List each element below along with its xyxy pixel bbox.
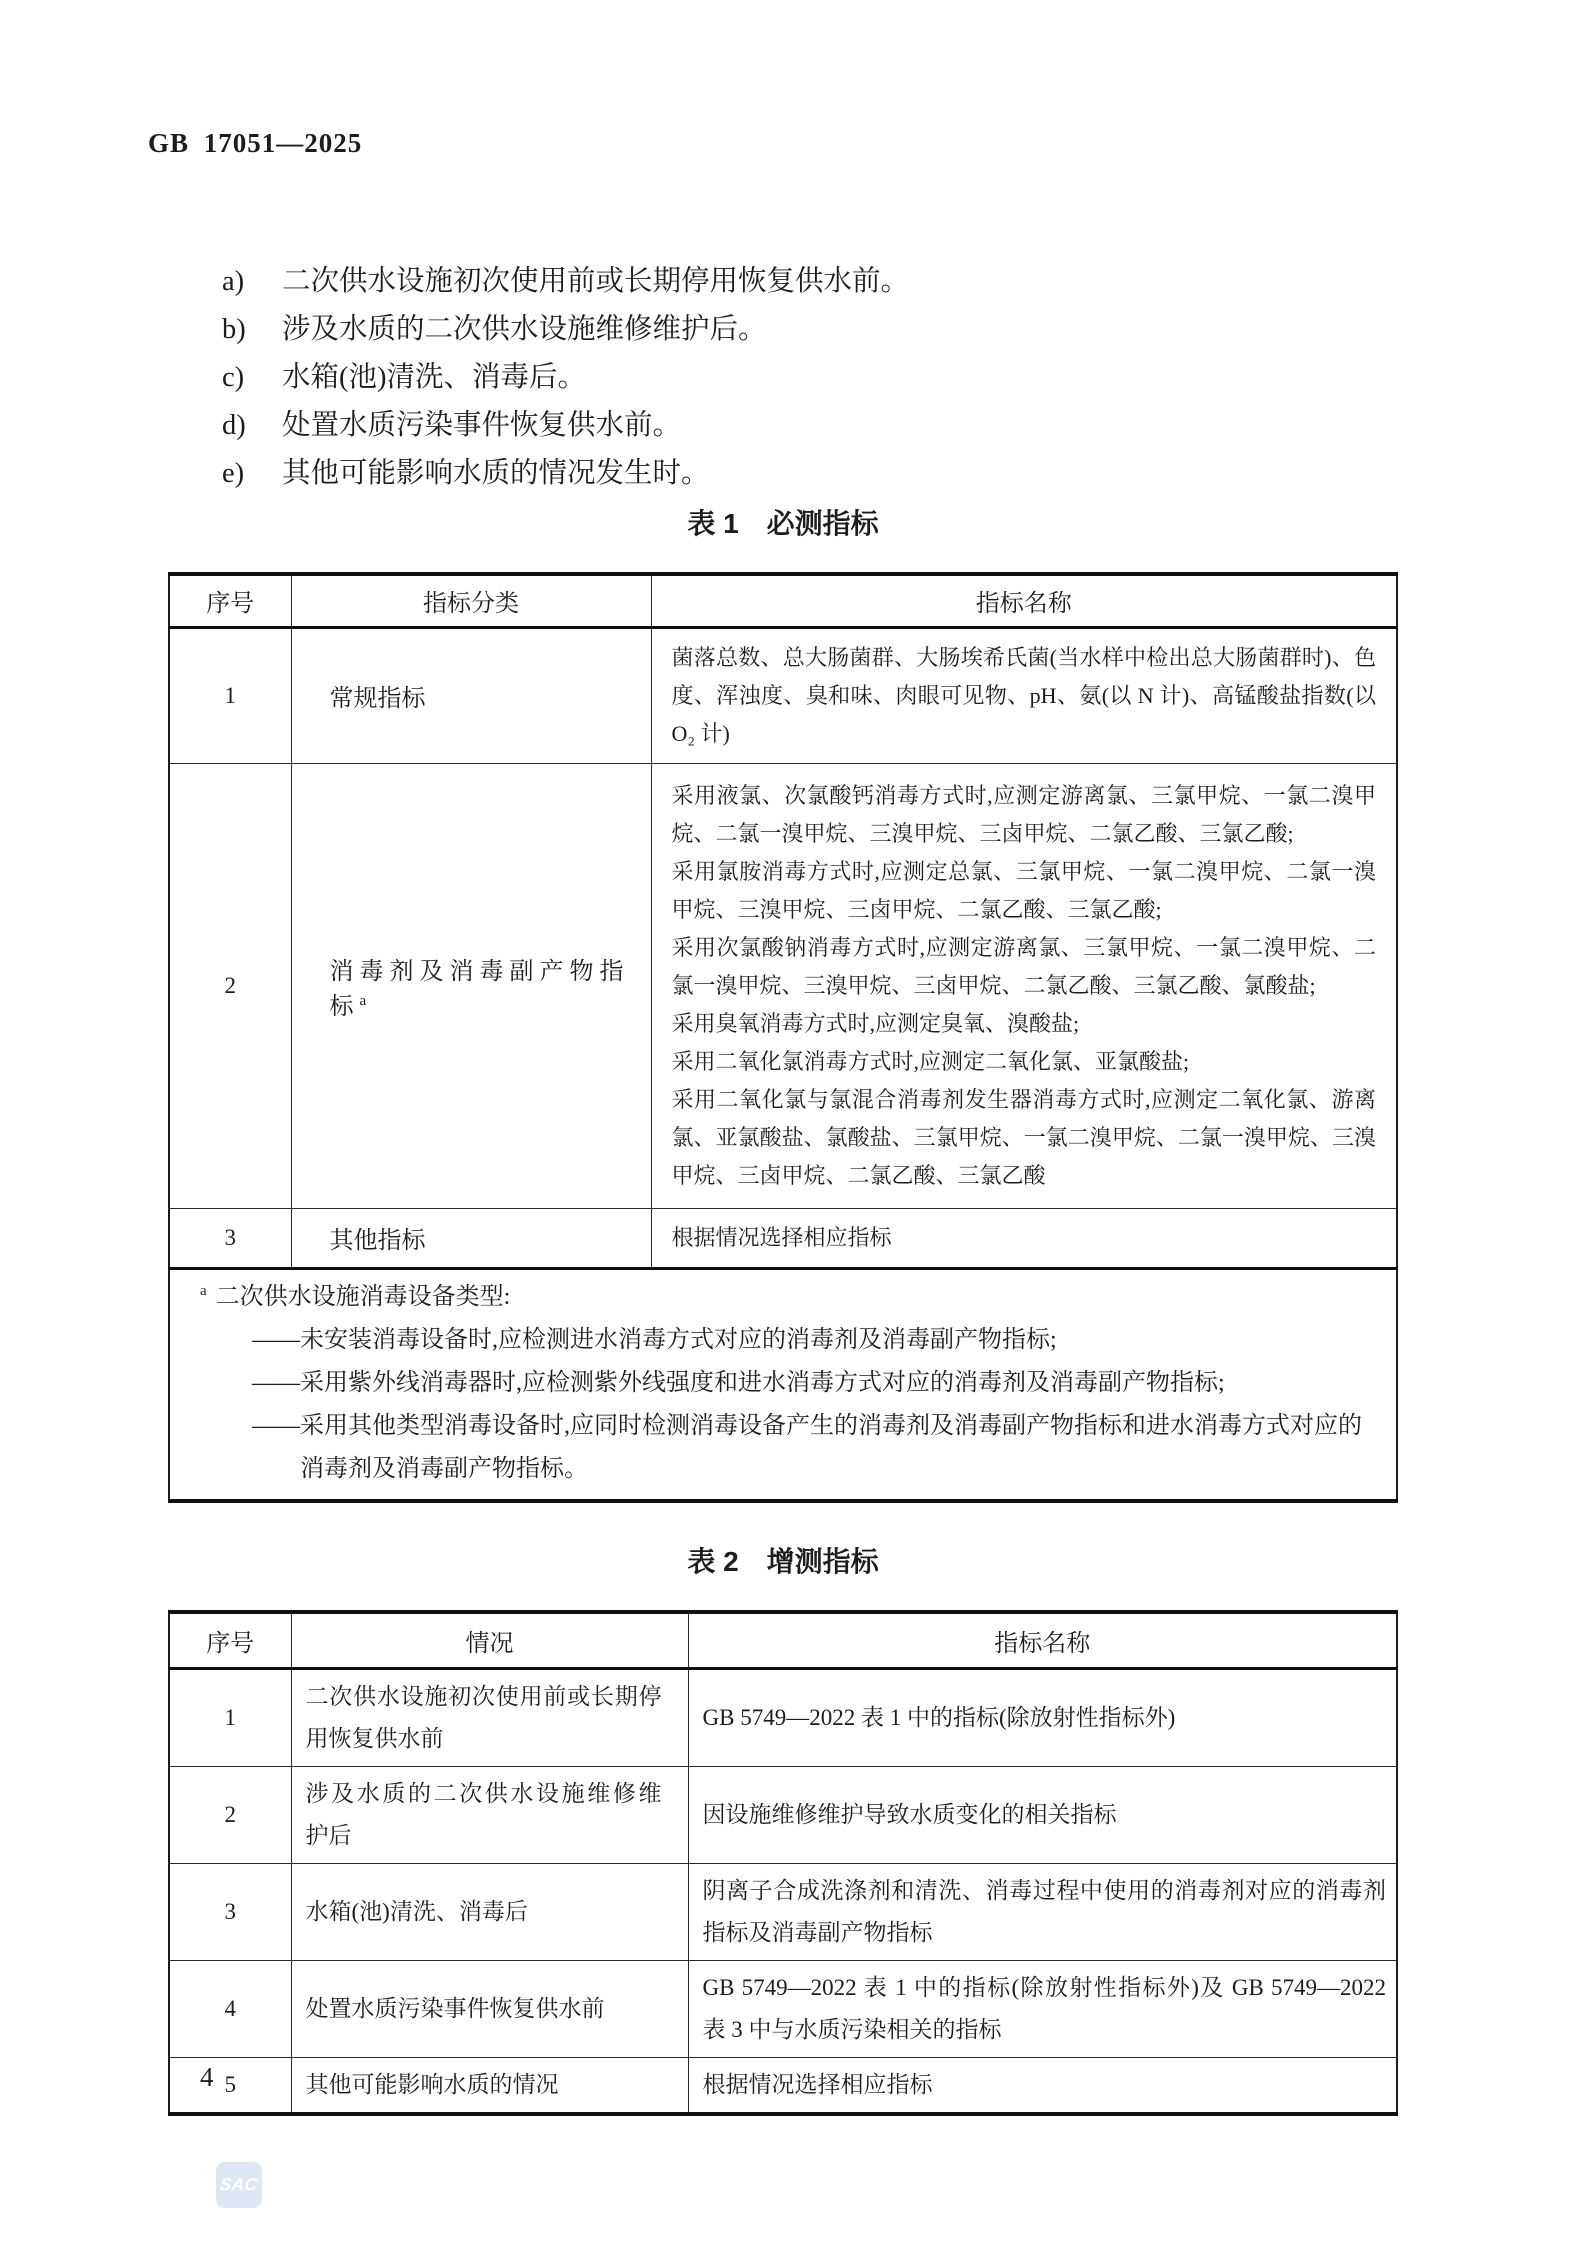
indicator-cell: 因设施维修维护导致水质变化的相关指标 — [688, 1766, 1397, 1863]
table2-title: 表 2 增测指标 — [168, 1540, 1398, 1580]
list-item: b)涉及水质的二次供水设施维修维护后。 — [222, 306, 909, 354]
table1-header-category: 指标分类 — [291, 574, 651, 627]
indicator-cell: GB 5749—2022 表 1 中的指标(除放射性指标外) — [688, 1668, 1397, 1766]
doc-code: GB 17051—2025 — [148, 128, 362, 159]
indicator-line: 指标及消毒副产物指标 — [703, 1912, 1387, 1954]
indicator-cell: 根据情况选择相应指标 — [688, 2057, 1397, 2114]
situation-cell: 水箱(池)清洗、消毒后 — [291, 1863, 688, 1960]
situation-line: 涉及水质的二次供水设施维修维 — [306, 1773, 662, 1815]
situation-line: 其他可能影响水质的情况 — [306, 2064, 662, 2106]
list-item-text: 处置水质污染事件恢复供水前。 — [282, 410, 681, 441]
table2-row: 3 水箱(池)清洗、消毒后 阴离子合成洗涤剂和清洗、消毒过程中使用的消毒剂对应的… — [169, 1863, 1397, 1960]
list-item: a)二次供水设施初次使用前或长期停用恢复供水前。 — [222, 258, 909, 306]
row-number: 1 — [169, 627, 291, 763]
table2-header-situation: 情况 — [291, 1612, 688, 1668]
list-item: e)其他可能影响水质的情况发生时。 — [222, 450, 909, 498]
table1-title: 表 1 必测指标 — [168, 502, 1398, 542]
page-number: 4 — [200, 2062, 214, 2093]
list-item-marker: b) — [222, 306, 282, 354]
table1-row: 1 常规指标 菌落总数、总大肠菌群、大肠埃希氏菌(当水样中检出总大肠菌群时)、色… — [169, 627, 1397, 763]
document-page: GB 17051—2025 a)二次供水设施初次使用前或长期停用恢复供水前。 b… — [0, 0, 1588, 2245]
table1-header-row: 序号 指标分类 指标名称 — [169, 574, 1397, 627]
list-item-marker: d) — [222, 402, 282, 450]
list-item-marker: c) — [222, 354, 282, 402]
category-text: 消毒剂及消毒副产物指标 — [330, 959, 630, 1020]
row-number: 2 — [169, 763, 291, 1208]
row-number: 1 — [169, 1668, 291, 1766]
table2-header-row: 序号 情况 指标名称 — [169, 1612, 1397, 1668]
table2-row: 1 二次供水设施初次使用前或长期停 用恢复供水前 GB 5749—2022 表 … — [169, 1668, 1397, 1766]
table1-row: 2 消毒剂及消毒副产物指标a 采用液氯、次氯酸钙消毒方式时,应测定游离氯、三氯甲… — [169, 763, 1397, 1208]
table1-footnote-row: a二次供水设施消毒设备类型: ——未安装消毒设备时,应检测进水消毒方式对应的消毒… — [169, 1268, 1397, 1501]
row-number: 5 — [169, 2057, 291, 2114]
indicator-cell: 根据情况选择相应指标 — [651, 1208, 1397, 1268]
situation-cell: 其他可能影响水质的情况 — [291, 2057, 688, 2114]
category-cell: 其他指标 — [291, 1208, 651, 1268]
indicator-line: 阴离子合成洗涤剂和清洗、消毒过程中使用的消毒剂对应的消毒剂 — [703, 1870, 1387, 1912]
footnote-item: ——采用紫外线消毒器时,应检测紫外线强度和进水消毒方式对应的消毒剂及消毒副产物指… — [252, 1362, 1362, 1405]
footnote-item: ——采用其他类型消毒设备时,应同时检测消毒设备产生的消毒剂及消毒副产物指标和进水… — [252, 1405, 1362, 1491]
row-number: 4 — [169, 1960, 291, 2057]
table1: 序号 指标分类 指标名称 1 常规指标 菌落总数、总大肠菌群、大肠埃希氏菌(当水… — [168, 572, 1398, 1503]
footnote-title: a二次供水设施消毒设备类型: — [200, 1276, 1362, 1319]
sac-logo: SAC — [216, 2162, 262, 2208]
indicator-line: GB 5749—2022 表 1 中的指标(除放射性指标外)及 GB 5749—… — [703, 1967, 1387, 2009]
list-item-text: 水箱(池)清洗、消毒后。 — [282, 362, 586, 393]
situation-cell: 涉及水质的二次供水设施维修维 护后 — [291, 1766, 688, 1863]
indicator-line: 根据情况选择相应指标 — [703, 2064, 1387, 2106]
table1-header-indicator: 指标名称 — [651, 574, 1397, 627]
sac-logo-text: SAC — [219, 2175, 259, 2195]
situation-cell: 二次供水设施初次使用前或长期停 用恢复供水前 — [291, 1668, 688, 1766]
row-number: 3 — [169, 1863, 291, 1960]
category-cell: 消毒剂及消毒副产物指标a — [291, 763, 651, 1208]
list-item-marker: e) — [222, 450, 282, 498]
list-item: d)处置水质污染事件恢复供水前。 — [222, 402, 909, 450]
list-item: c)水箱(池)清洗、消毒后。 — [222, 354, 909, 402]
table1-row: 3 其他指标 根据情况选择相应指标 — [169, 1208, 1397, 1268]
row-number: 2 — [169, 1766, 291, 1863]
indicator-line: 因设施维修维护导致水质变化的相关指标 — [703, 1794, 1387, 1836]
situation-cell: 处置水质污染事件恢复供水前 — [291, 1960, 688, 2057]
indicator-cell: GB 5749—2022 表 1 中的指标(除放射性指标外)及 GB 5749—… — [688, 1960, 1397, 2057]
table2: 序号 情况 指标名称 1 二次供水设施初次使用前或长期停 用恢复供水前 GB 5… — [168, 1610, 1398, 2116]
table1-footnote: a二次供水设施消毒设备类型: ——未安装消毒设备时,应检测进水消毒方式对应的消毒… — [169, 1268, 1397, 1501]
table2-row: 5 其他可能影响水质的情况 根据情况选择相应指标 — [169, 2057, 1397, 2114]
footnote-reference: a — [360, 993, 367, 1009]
indicator-cell: 菌落总数、总大肠菌群、大肠埃希氏菌(当水样中检出总大肠菌群时)、色度、浑浊度、臭… — [651, 627, 1397, 763]
table2-row: 2 涉及水质的二次供水设施维修维 护后 因设施维修维护导致水质变化的相关指标 — [169, 1766, 1397, 1863]
list-item-marker: a) — [222, 258, 282, 306]
indicator-cell: 阴离子合成洗涤剂和清洗、消毒过程中使用的消毒剂对应的消毒剂 指标及消毒副产物指标 — [688, 1863, 1397, 1960]
table1-header-no: 序号 — [169, 574, 291, 627]
footnote-title-text: 二次供水设施消毒设备类型: — [216, 1284, 511, 1310]
list-item-text: 其他可能影响水质的情况发生时。 — [282, 458, 710, 489]
row-number: 3 — [169, 1208, 291, 1268]
list-item-text: 涉及水质的二次供水设施维修维护后。 — [282, 314, 767, 345]
list-item-text: 二次供水设施初次使用前或长期停用恢复供水前。 — [282, 266, 909, 297]
category-cell: 常规指标 — [291, 627, 651, 763]
table2-header-no: 序号 — [169, 1612, 291, 1668]
footnote-item: ——未安装消毒设备时,应检测进水消毒方式对应的消毒剂及消毒副产物指标; — [252, 1319, 1362, 1362]
situation-line: 处置水质污染事件恢复供水前 — [306, 1988, 662, 2030]
indicator-line: GB 5749—2022 表 1 中的指标(除放射性指标外) — [703, 1697, 1387, 1739]
intro-list: a)二次供水设施初次使用前或长期停用恢复供水前。 b)涉及水质的二次供水设施维修… — [222, 258, 909, 498]
situation-line: 护后 — [306, 1815, 662, 1857]
situation-line: 二次供水设施初次使用前或长期停 — [306, 1676, 662, 1718]
table2-header-indicator: 指标名称 — [688, 1612, 1397, 1668]
indicator-line: 表 3 中与水质污染相关的指标 — [703, 2009, 1387, 2051]
table2-row: 4 处置水质污染事件恢复供水前 GB 5749—2022 表 1 中的指标(除放… — [169, 1960, 1397, 2057]
situation-line: 用恢复供水前 — [306, 1718, 662, 1760]
situation-line: 水箱(池)清洗、消毒后 — [306, 1891, 662, 1933]
footnote-marker: a — [200, 1283, 207, 1299]
indicator-cell: 采用液氯、次氯酸钙消毒方式时,应测定游离氯、三氯甲烷、一氯二溴甲烷、二氯一溴甲烷… — [651, 763, 1397, 1208]
